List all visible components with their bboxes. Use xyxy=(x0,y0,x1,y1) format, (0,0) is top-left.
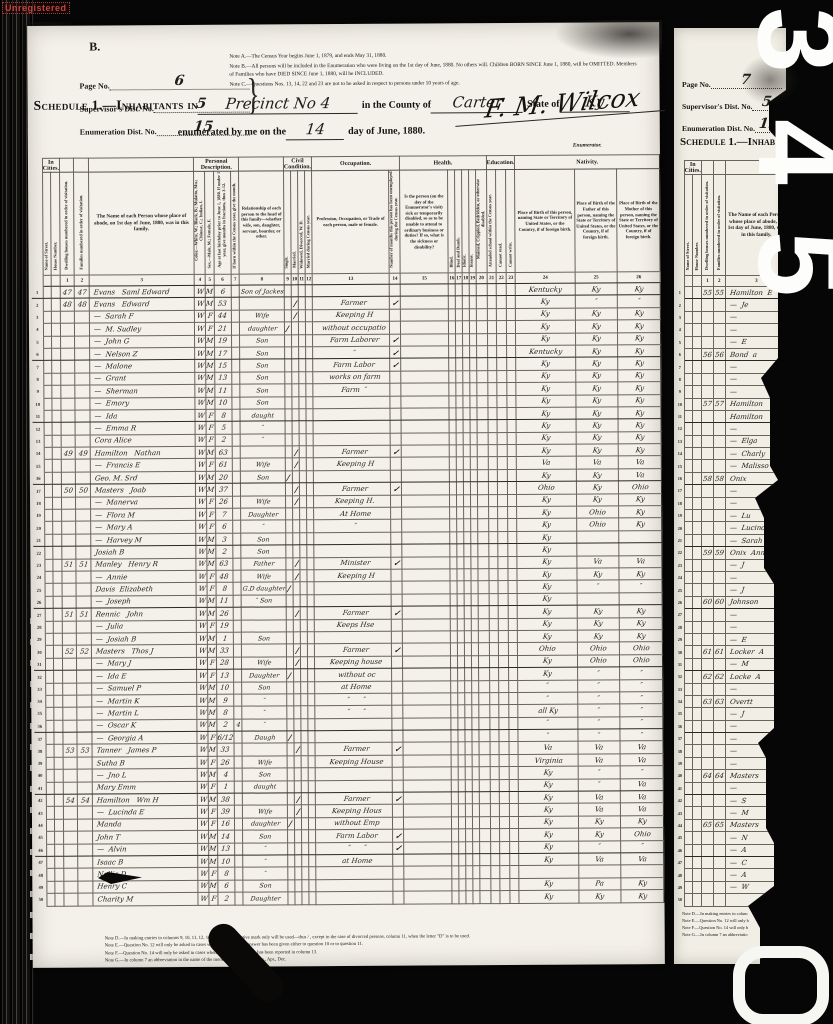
col-family: Families numbered in order of visitation… xyxy=(74,172,89,275)
cell-attended-school xyxy=(489,606,499,618)
cell-pob-mother: Ky xyxy=(618,419,661,432)
cell-street xyxy=(43,336,52,348)
cell-months-unemployed: ✓ xyxy=(393,792,404,804)
cell-house xyxy=(693,534,702,546)
cell-street xyxy=(684,571,693,583)
cell-family xyxy=(713,733,725,745)
cell-house xyxy=(54,621,63,633)
cell-months-unemployed xyxy=(391,532,402,544)
cell-pob-father xyxy=(577,593,620,606)
cell-family xyxy=(713,844,725,856)
cell-attended-school xyxy=(490,717,500,729)
cell-relation: G.D daughter xyxy=(241,582,286,595)
cell-relation xyxy=(242,607,287,620)
cell-pob xyxy=(519,865,578,878)
cell-name: Josiah B xyxy=(91,546,196,559)
cell-age: 37 xyxy=(215,483,232,495)
cell-name: — Francis E xyxy=(90,459,195,472)
line-number: 35 xyxy=(34,708,45,720)
cell-month xyxy=(231,285,240,297)
cell-single xyxy=(285,372,292,384)
cell-age: 8 xyxy=(217,706,234,718)
cell-street xyxy=(684,559,693,571)
cell-profession: Keeping H xyxy=(313,458,390,471)
cell-single xyxy=(284,285,291,297)
cell-color: W xyxy=(195,347,206,359)
cell-street xyxy=(684,881,693,893)
cell-pob-father: Ky xyxy=(576,493,619,506)
cell-name: Evans Edward xyxy=(89,298,194,311)
cell-dwelling xyxy=(62,534,77,546)
cell-single xyxy=(286,619,293,631)
cell-profession: Keeping H. xyxy=(314,495,391,508)
cell-family xyxy=(78,806,93,818)
cell-street xyxy=(44,447,53,459)
cell-dwelling xyxy=(701,782,713,794)
cell-pob-father: Va xyxy=(578,853,621,866)
census-row: 406464Masters xyxy=(676,770,788,782)
cell-name: — Ida E xyxy=(92,670,197,683)
film-roll-number: 345 xyxy=(764,0,833,320)
cell-relation: Son xyxy=(240,384,285,397)
cell-family xyxy=(713,423,725,435)
cell-dwelling xyxy=(61,385,76,397)
census-row: 18— xyxy=(676,497,788,509)
cell-married-cy xyxy=(309,879,316,891)
line-number: 38 xyxy=(35,745,46,757)
cell-sickness xyxy=(401,395,449,408)
cell-family xyxy=(713,869,725,881)
cell-cannot-read xyxy=(500,804,510,816)
cell-house xyxy=(52,323,61,335)
cell-color: W xyxy=(195,459,206,471)
cell-profession xyxy=(313,396,390,409)
cell-house xyxy=(54,683,63,695)
cell-pob-mother: Va xyxy=(621,853,664,866)
cell-cannot-write xyxy=(506,321,516,333)
cell-house xyxy=(55,844,64,856)
cell-pob-mother: ″ xyxy=(621,840,664,853)
cell-dwelling xyxy=(701,745,713,757)
cell-pob-father: Ky xyxy=(576,481,619,494)
col-number: 15 xyxy=(400,273,448,284)
cell-maimed xyxy=(479,779,490,791)
cell-house xyxy=(693,683,702,695)
cell-house xyxy=(52,348,61,360)
gutter xyxy=(32,275,43,286)
census-row: 47— C xyxy=(676,856,788,868)
cell-cannot-write xyxy=(508,568,518,580)
census-row: 45— N xyxy=(676,832,788,844)
cell-name: — xyxy=(725,782,787,794)
line-number: 39 xyxy=(676,757,684,769)
cell-single xyxy=(287,780,294,792)
cell-married xyxy=(295,892,302,904)
cell-maimed xyxy=(477,457,488,469)
cell-relation: ″ xyxy=(242,694,287,707)
cell-widowed xyxy=(299,384,306,396)
cell-family xyxy=(713,757,725,769)
cell-color: W xyxy=(198,868,209,880)
cell-color: W xyxy=(196,583,207,595)
cell-name: — xyxy=(725,733,787,745)
cell-month: 4 xyxy=(234,719,243,731)
cell-family: 49 xyxy=(76,447,91,459)
cell-cannot-write xyxy=(506,333,516,345)
cell-dwelling xyxy=(61,373,76,385)
cell-sickness xyxy=(401,371,449,384)
cell-pob-mother: ″ xyxy=(620,704,663,717)
line-number: 38 xyxy=(676,745,684,757)
cell-color: W xyxy=(197,669,208,681)
line-number: 16 xyxy=(676,472,684,484)
cell-maimed xyxy=(478,618,489,630)
cell-attended-school xyxy=(489,692,499,704)
col-number: 9 xyxy=(284,274,291,285)
cell-sickness xyxy=(402,532,450,545)
col-color: Color.—White, W.; Black, B.; Mulatto, Mu… xyxy=(194,171,206,274)
cell-months-unemployed: ✓ xyxy=(392,643,403,655)
cell-pob-father: Va xyxy=(578,754,621,767)
cell-dwelling xyxy=(701,795,713,807)
cell-color: W xyxy=(194,298,205,310)
cell-dwelling xyxy=(61,472,76,484)
line-number: 17 xyxy=(676,485,684,497)
cell-cannot-write xyxy=(509,779,519,791)
cell-maimed xyxy=(476,358,487,370)
cell-single xyxy=(285,347,292,359)
cell-maimed xyxy=(479,816,490,828)
cell-relation xyxy=(243,793,288,806)
cell-pob-mother: Ohio xyxy=(619,481,662,494)
cell-maimed xyxy=(477,482,488,494)
census-row: 50Charity MWF2DaughterKyKyKy xyxy=(35,890,664,906)
cell-married xyxy=(292,471,299,483)
cell-pob-mother xyxy=(619,592,662,605)
cell-street xyxy=(684,336,693,348)
cell-widowed xyxy=(301,780,308,792)
cell-family xyxy=(713,311,725,323)
cell-family xyxy=(713,807,725,819)
cell-pob-mother: Ky xyxy=(621,890,664,903)
cell-attended-school xyxy=(487,370,497,382)
cell-street xyxy=(684,633,693,645)
col-number: 20 xyxy=(476,273,487,284)
note-line: Note D.—In making entries in colum xyxy=(682,910,782,917)
cell-sickness xyxy=(404,866,452,879)
cell-profession xyxy=(315,718,392,731)
cell-street xyxy=(684,770,693,782)
cell-name: — Sarah F xyxy=(89,310,194,323)
census-row: 306161Locker A xyxy=(676,646,788,658)
cell-pob: Ky xyxy=(518,618,577,631)
cell-maimed xyxy=(477,469,488,481)
cell-dwelling xyxy=(701,807,713,819)
cell-house xyxy=(693,881,702,893)
cell xyxy=(43,275,52,286)
cell-dwelling xyxy=(701,894,713,906)
cell-maimed xyxy=(478,581,489,593)
cell-pob: Ky xyxy=(518,667,577,680)
cell-pob: Ky xyxy=(516,333,575,346)
line-number: 24 xyxy=(33,571,44,583)
cell-sickness xyxy=(403,730,451,743)
cell-family: 61 xyxy=(713,646,725,658)
cell-name: Davis Elizabeth xyxy=(91,583,196,596)
cell-cannot-write xyxy=(507,432,517,444)
cell-months-unemployed xyxy=(392,631,403,643)
cell-married xyxy=(292,421,299,433)
cell-cannot-write xyxy=(507,445,517,457)
cell-color: W xyxy=(196,521,207,533)
cell-cannot-read xyxy=(497,308,507,320)
cell-widowed xyxy=(299,446,306,458)
cell-single xyxy=(285,508,292,520)
census-row: 8— xyxy=(676,373,788,385)
cell-cannot-read xyxy=(499,742,509,754)
note-line: Note G.—In column 7 an abbreviatio xyxy=(682,931,782,938)
cell-widowed xyxy=(299,495,306,507)
cell-family: 53 xyxy=(77,745,92,757)
cell-pob: Ky xyxy=(516,395,575,408)
cell-pob-mother: Va xyxy=(619,456,662,469)
cell-cannot-write xyxy=(510,878,520,890)
cell-pob: Ky xyxy=(519,791,578,804)
cell-sex: F xyxy=(205,310,214,322)
cell-cannot-write xyxy=(508,655,518,667)
schedule-label: Schedule 1.—Inhabitants in xyxy=(34,97,198,114)
cell-single xyxy=(285,421,292,433)
cell-profession xyxy=(312,284,389,297)
cell-dwelling xyxy=(701,522,713,534)
cell-name: — M. Sudley xyxy=(89,323,194,336)
right-footer-notes: Note D.—In making entries in columNote E… xyxy=(682,910,782,938)
cell-widowed xyxy=(299,421,306,433)
cell-months-unemployed xyxy=(390,284,401,296)
cell-color: W xyxy=(196,533,207,545)
cell-months-unemployed xyxy=(391,458,402,470)
line-number: 37 xyxy=(34,732,45,744)
line-number: 10 xyxy=(32,398,43,410)
cell-attended-school xyxy=(490,829,500,841)
cell-age: 10 xyxy=(215,397,232,409)
cell-name: — xyxy=(725,720,787,732)
cell-house xyxy=(693,472,702,484)
cell-pob: Ky xyxy=(516,320,575,333)
cell-sickness xyxy=(402,470,450,483)
cell-maimed xyxy=(478,569,489,581)
line-number: 50 xyxy=(35,893,46,905)
cell-sickness xyxy=(402,581,450,594)
cell-street xyxy=(45,670,54,682)
census-row: 14— Charly xyxy=(676,448,788,460)
cell-married xyxy=(292,433,299,445)
col-number: 26 xyxy=(617,272,660,283)
cell-pob-mother: Ohio xyxy=(620,642,663,655)
cell-month xyxy=(233,694,242,706)
day-blank: 14 xyxy=(286,120,344,140)
cell-house xyxy=(53,484,62,496)
cell-age: 1 xyxy=(216,632,233,644)
cell-name: Johnson xyxy=(725,596,787,608)
enumerator-label: Enumerator. xyxy=(573,142,602,148)
cell-family xyxy=(77,732,92,744)
cell-months-unemployed xyxy=(392,693,403,705)
cell-cannot-write xyxy=(509,742,519,754)
line-number: 32 xyxy=(676,671,684,683)
cell-pob: Ky xyxy=(518,580,577,593)
cell-house xyxy=(53,546,62,558)
cell-street xyxy=(684,671,693,683)
cell-cannot-read xyxy=(498,581,508,593)
cell-house xyxy=(693,324,702,336)
cell-family xyxy=(713,782,725,794)
cell-cannot-read xyxy=(498,469,508,481)
cell-sex: M xyxy=(209,830,218,842)
census-row: 20— Lucinda xyxy=(676,522,788,534)
cell-name: — xyxy=(725,745,787,757)
cell-name: — J xyxy=(725,559,787,571)
col-cannot-write: Cannot write. xyxy=(505,169,515,272)
cell-sex: F xyxy=(209,892,218,904)
cell-months-unemployed: ✓ xyxy=(391,445,402,457)
line-number: 3 xyxy=(32,311,43,323)
cell-pob-father: ″ xyxy=(575,295,618,308)
cell-color: W xyxy=(198,818,209,830)
cell-name: — Lu xyxy=(725,510,787,522)
col-house: House Number. xyxy=(693,175,702,276)
cell-house xyxy=(53,509,62,521)
cell-pob-father: ″ xyxy=(578,766,621,779)
line-number: 40 xyxy=(676,770,684,782)
cell-married: / xyxy=(293,644,300,656)
cell-street xyxy=(684,819,693,831)
cell-street xyxy=(684,485,693,497)
cell-widowed xyxy=(301,694,308,706)
line-number: 34 xyxy=(676,695,684,707)
cell-married-cy xyxy=(308,656,315,668)
cell-widowed xyxy=(302,879,309,891)
line-number: 28 xyxy=(34,621,45,633)
cell-cannot-read xyxy=(498,568,508,580)
cell-attended-school xyxy=(489,655,499,667)
cell-married xyxy=(292,359,299,371)
cell-pob: Ky xyxy=(517,568,576,581)
cell-relation: Daughter xyxy=(242,669,287,682)
cell-single xyxy=(286,607,293,619)
cell-single: / xyxy=(286,582,293,594)
cell-sickness xyxy=(404,891,452,904)
cell-age: 21 xyxy=(214,322,231,334)
cell-pob-mother xyxy=(621,865,664,878)
cell-house xyxy=(693,819,702,831)
cell-single: / xyxy=(286,669,293,681)
census-row: 23— J xyxy=(676,559,788,571)
cell-street xyxy=(684,782,693,794)
cell-month xyxy=(232,483,241,495)
cell-single xyxy=(288,842,295,854)
cell-name: Isaac B xyxy=(93,855,198,868)
census-row: 43— M xyxy=(676,807,788,819)
cell-sex: F xyxy=(207,620,216,632)
cell-cannot-write xyxy=(509,791,519,803)
census-table: In Cities.Personal Description.Civil Con… xyxy=(31,154,665,906)
cell-pob-father: Va xyxy=(578,791,621,804)
cell-month xyxy=(234,806,243,818)
cell-single xyxy=(287,768,294,780)
cell-cannot-read xyxy=(499,767,509,779)
cell-attended-school xyxy=(488,507,498,519)
cell-pob-mother: Ky xyxy=(617,283,660,296)
cell-street xyxy=(684,856,693,868)
cell-widowed xyxy=(300,508,307,520)
cell-dwelling xyxy=(60,336,75,348)
cell-married-cy xyxy=(308,805,315,817)
col-number: 24 xyxy=(516,272,575,283)
cell-single xyxy=(284,310,291,322)
cell-pob-mother: Va xyxy=(620,753,663,766)
cell-single xyxy=(288,880,295,892)
line-number: 47 xyxy=(676,856,684,868)
cell-family xyxy=(77,596,92,608)
cell-married xyxy=(294,694,301,706)
cell-profession xyxy=(316,879,393,892)
cell-pob-father: Ohio xyxy=(576,518,619,531)
cell-pob-father: Ohio xyxy=(576,506,619,519)
col-number: 2 xyxy=(75,275,90,286)
census-row: 37— xyxy=(676,733,788,745)
cell-street xyxy=(45,633,54,645)
cell-maimed xyxy=(476,321,487,333)
cell-married xyxy=(292,384,299,396)
cell xyxy=(59,158,74,172)
col-dwelling: Dwelling houses numbered in order of vis… xyxy=(701,175,713,276)
cell-house xyxy=(693,795,702,807)
col-number: 21 xyxy=(487,273,497,284)
cell-months-unemployed xyxy=(392,619,403,631)
cell-attended-school xyxy=(488,432,498,444)
cell-color: W xyxy=(197,694,208,706)
cell-married-cy xyxy=(306,359,313,371)
cell-sex: M xyxy=(206,397,215,409)
cell-house xyxy=(54,720,63,732)
cell-cannot-read xyxy=(498,606,508,618)
cell-widowed xyxy=(302,867,309,879)
cell-cannot-write xyxy=(509,841,519,853)
cell-month xyxy=(234,756,243,768)
cell-name: — Elga xyxy=(725,435,787,447)
cell-street xyxy=(47,881,56,893)
cell-months-unemployed xyxy=(391,582,402,594)
cell-relation: daughter xyxy=(240,322,285,335)
cell-pob-mother: ″ xyxy=(620,667,663,680)
cell-dwelling xyxy=(61,410,76,422)
line-number: 42 xyxy=(676,795,684,807)
cell-month xyxy=(232,384,241,396)
cell-dwelling xyxy=(701,510,713,522)
cell-married-cy xyxy=(306,347,313,359)
cell-sickness xyxy=(403,693,451,706)
cell-cannot-read xyxy=(498,519,508,531)
cell-street xyxy=(44,522,53,534)
cell-attended-school xyxy=(490,854,500,866)
cell-pob: Ky xyxy=(519,878,578,891)
cell-dwelling xyxy=(62,509,77,521)
cell-profession xyxy=(316,867,393,880)
cell-month xyxy=(234,781,243,793)
cell-house xyxy=(693,386,702,398)
cell-maimed xyxy=(477,494,488,506)
